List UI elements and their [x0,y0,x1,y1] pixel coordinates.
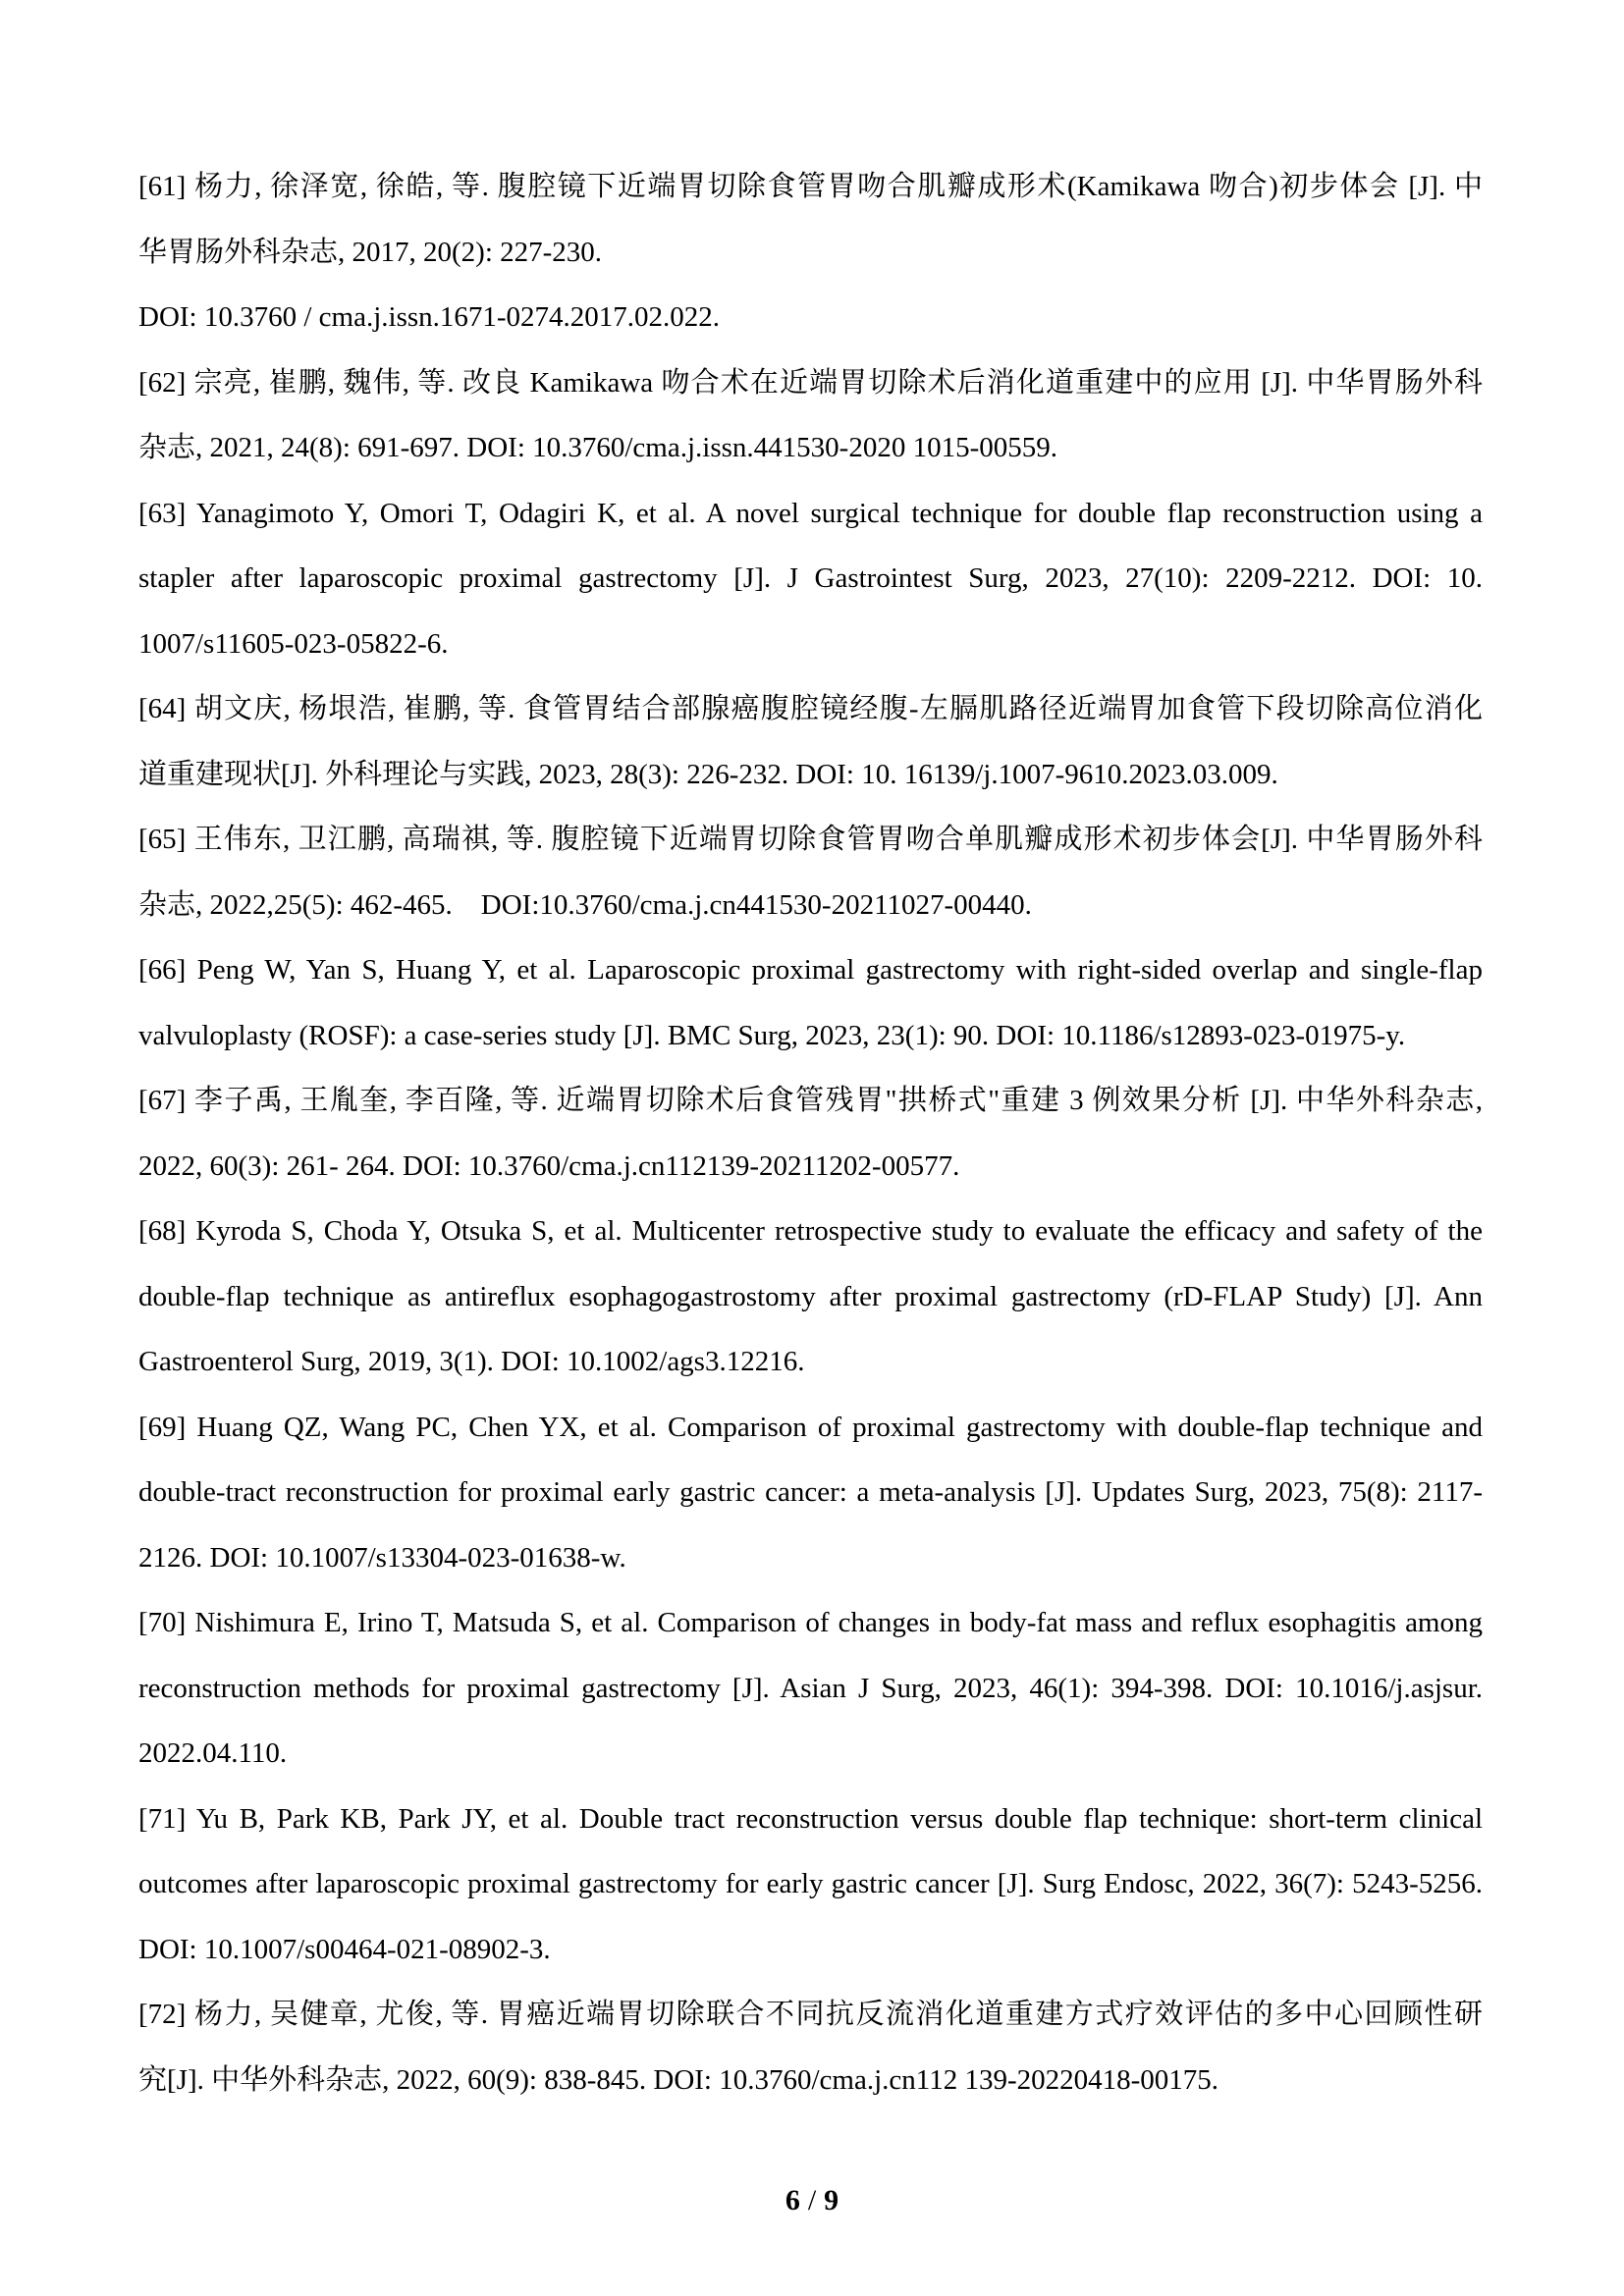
reference-line: [66] Peng W, Yan S, Huang Y, et al. Lapa… [138,937,1483,1003]
reference-line: DOI: 10.3760 / cma.j.issn.1671-0274.2017… [138,285,1483,350]
reference-line: [69] Huang QZ, Wang PC, Chen YX, et al. … [138,1395,1483,1461]
reference-line: 2022, 60(3): 261- 264. DOI: 10.3760/cma.… [138,1134,1483,1200]
reference-line: valvuloplasty (ROSF): a case-series stud… [138,1003,1483,1069]
reference-line: 杂志, 2022,25(5): 462-465. DOI:10.3760/cma… [138,873,1483,938]
reference-item-70: [70] Nishimura E, Irino T, Matsuda S, et… [138,1590,1483,1787]
reference-item-69: [69] Huang QZ, Wang PC, Chen YX, et al. … [138,1395,1483,1591]
reference-item-72: [72] 杨力, 吴健章, 尤俊, 等. 胃癌近端胃切除联合不同抗反流消化道重建… [138,1982,1483,2112]
reference-line: [62] 宗亮, 崔鹏, 魏伟, 等. 改良 Kamikawa 吻合术在近端胃切… [138,350,1483,416]
reference-line: [61] 杨力, 徐泽宽, 徐皓, 等. 腹腔镜下近端胃切除食管胃吻合肌瓣成形术… [138,154,1483,220]
reference-line: [68] Kyroda S, Choda Y, Otsuka S, et al.… [138,1199,1483,1264]
reference-line: [65] 王伟东, 卫江鹏, 高瑞祺, 等. 腹腔镜下近端胃切除食管胃吻合单肌瓣… [138,807,1483,873]
reference-item-65: [65] 王伟东, 卫江鹏, 高瑞祺, 等. 腹腔镜下近端胃切除食管胃吻合单肌瓣… [138,807,1483,937]
reference-line: 究[J]. 中华外科杂志, 2022, 60(9): 838-845. DOI:… [138,2048,1483,2113]
reference-line: [67] 李子禹, 王胤奎, 李百隆, 等. 近端胃切除术后食管残胃"拱桥式"重… [138,1068,1483,1134]
reference-item-63: [63] Yanagimoto Y, Omori T, Odagiri K, e… [138,481,1483,677]
reference-item-61: [61] 杨力, 徐泽宽, 徐皓, 等. 腹腔镜下近端胃切除食管胃吻合肌瓣成形术… [138,154,1483,350]
reference-item-64: [64] 胡文庆, 杨垠浩, 崔鹏, 等. 食管胃结合部腺癌腹腔镜经腹-左膈肌路… [138,676,1483,807]
page-footer: 6/9 [0,2179,1624,2222]
reference-item-71: [71] Yu B, Park KB, Park JY, et al. Doub… [138,1787,1483,1983]
reference-line: 华胃肠外科杂志, 2017, 20(2): 227-230. [138,220,1483,286]
reference-line: 2022.04.110. [138,1721,1483,1787]
page-number-total: 9 [824,2184,839,2216]
reference-line: stapler after laparoscopic proximal gast… [138,546,1483,612]
reference-line: DOI: 10.1007/s00464-021-08902-3. [138,1917,1483,1983]
page-number-current: 6 [785,2184,800,2216]
reference-line: double-flap technique as antireflux esop… [138,1264,1483,1330]
reference-line: [64] 胡文庆, 杨垠浩, 崔鹏, 等. 食管胃结合部腺癌腹腔镜经腹-左膈肌路… [138,676,1483,742]
reference-line: [71] Yu B, Park KB, Park JY, et al. Doub… [138,1787,1483,1852]
reference-line: outcomes after laparoscopic proximal gas… [138,1851,1483,1917]
reference-line: 2126. DOI: 10.1007/s13304-023-01638-w. [138,1525,1483,1591]
reference-line: Gastroenterol Surg, 2019, 3(1). DOI: 10.… [138,1329,1483,1395]
reference-line: [70] Nishimura E, Irino T, Matsuda S, et… [138,1590,1483,1656]
reference-item-67: [67] 李子禹, 王胤奎, 李百隆, 等. 近端胃切除术后食管残胃"拱桥式"重… [138,1068,1483,1199]
reference-line: 杂志, 2021, 24(8): 691-697. DOI: 10.3760/c… [138,415,1483,481]
reference-line: reconstruction methods for proximal gast… [138,1656,1483,1722]
reference-line: 1007/s11605-023-05822-6. [138,612,1483,677]
references-list: [61] 杨力, 徐泽宽, 徐皓, 等. 腹腔镜下近端胃切除食管胃吻合肌瓣成形术… [138,154,1483,2112]
reference-line: double-tract reconstruction for proximal… [138,1460,1483,1525]
document-page: [61] 杨力, 徐泽宽, 徐皓, 等. 腹腔镜下近端胃切除食管胃吻合肌瓣成形术… [0,0,1624,2296]
reference-line: [72] 杨力, 吴健章, 尤俊, 等. 胃癌近端胃切除联合不同抗反流消化道重建… [138,1982,1483,2048]
reference-line: [63] Yanagimoto Y, Omori T, Odagiri K, e… [138,481,1483,547]
reference-item-68: [68] Kyroda S, Choda Y, Otsuka S, et al.… [138,1199,1483,1395]
page-number-separator: / [800,2184,824,2216]
reference-item-62: [62] 宗亮, 崔鹏, 魏伟, 等. 改良 Kamikawa 吻合术在近端胃切… [138,350,1483,481]
reference-item-66: [66] Peng W, Yan S, Huang Y, et al. Lapa… [138,937,1483,1068]
reference-line: 道重建现状[J]. 外科理论与实践, 2023, 28(3): 226-232.… [138,742,1483,808]
